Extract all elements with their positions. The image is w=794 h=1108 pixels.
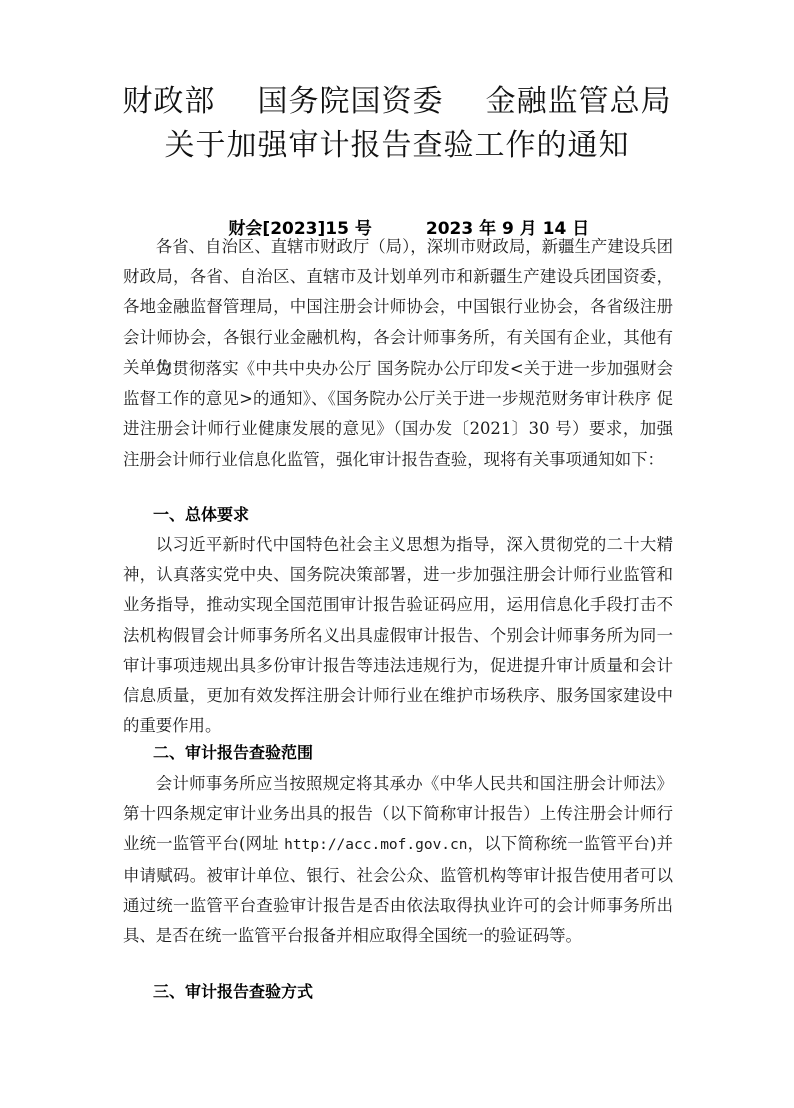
section-heading-general-requirements: 一、总体要求 — [153, 503, 249, 527]
document-title: 关于加强审计报告查验工作的通知 — [0, 128, 794, 164]
section-heading-scope: 二、审计报告查验范围 — [153, 741, 313, 765]
section-body-scope: 会计师事务所应当按照规定将其承办《中华人民共和国注册会计师法》第十四条规定审计业… — [123, 769, 673, 951]
document-page: 财政部 国务院国资委 金融监管总局 关于加强审计报告查验工作的通知 财会[202… — [0, 0, 794, 1108]
section-text: 以习近平新时代中国特色社会主义思想为指导，深入贯彻党的二十大精神，认真落实党中央… — [123, 530, 673, 741]
section-heading-method: 三、审计报告查验方式 — [153, 980, 313, 1004]
platform-url-link[interactable]: http://acc.mof.gov.cn — [284, 837, 467, 853]
section-body-general-requirements: 以习近平新时代中国特色社会主义思想为指导，深入贯彻党的二十大精神，认真落实党中央… — [123, 530, 673, 741]
document-title-issuers: 财政部 国务院国资委 金融监管总局 — [0, 84, 794, 120]
preamble-paragraph: 为贯彻落实《中共中央办公厅 国务院办公厅印发<关于进一步加强财会监督工作的意见>… — [123, 354, 673, 475]
preamble-text: 为贯彻落实《中共中央办公厅 国务院办公厅印发<关于进一步加强财会监督工作的意见>… — [123, 354, 673, 475]
section-text: 会计师事务所应当按照规定将其承办《中华人民共和国注册会计师法》第十四条规定审计业… — [123, 769, 673, 951]
